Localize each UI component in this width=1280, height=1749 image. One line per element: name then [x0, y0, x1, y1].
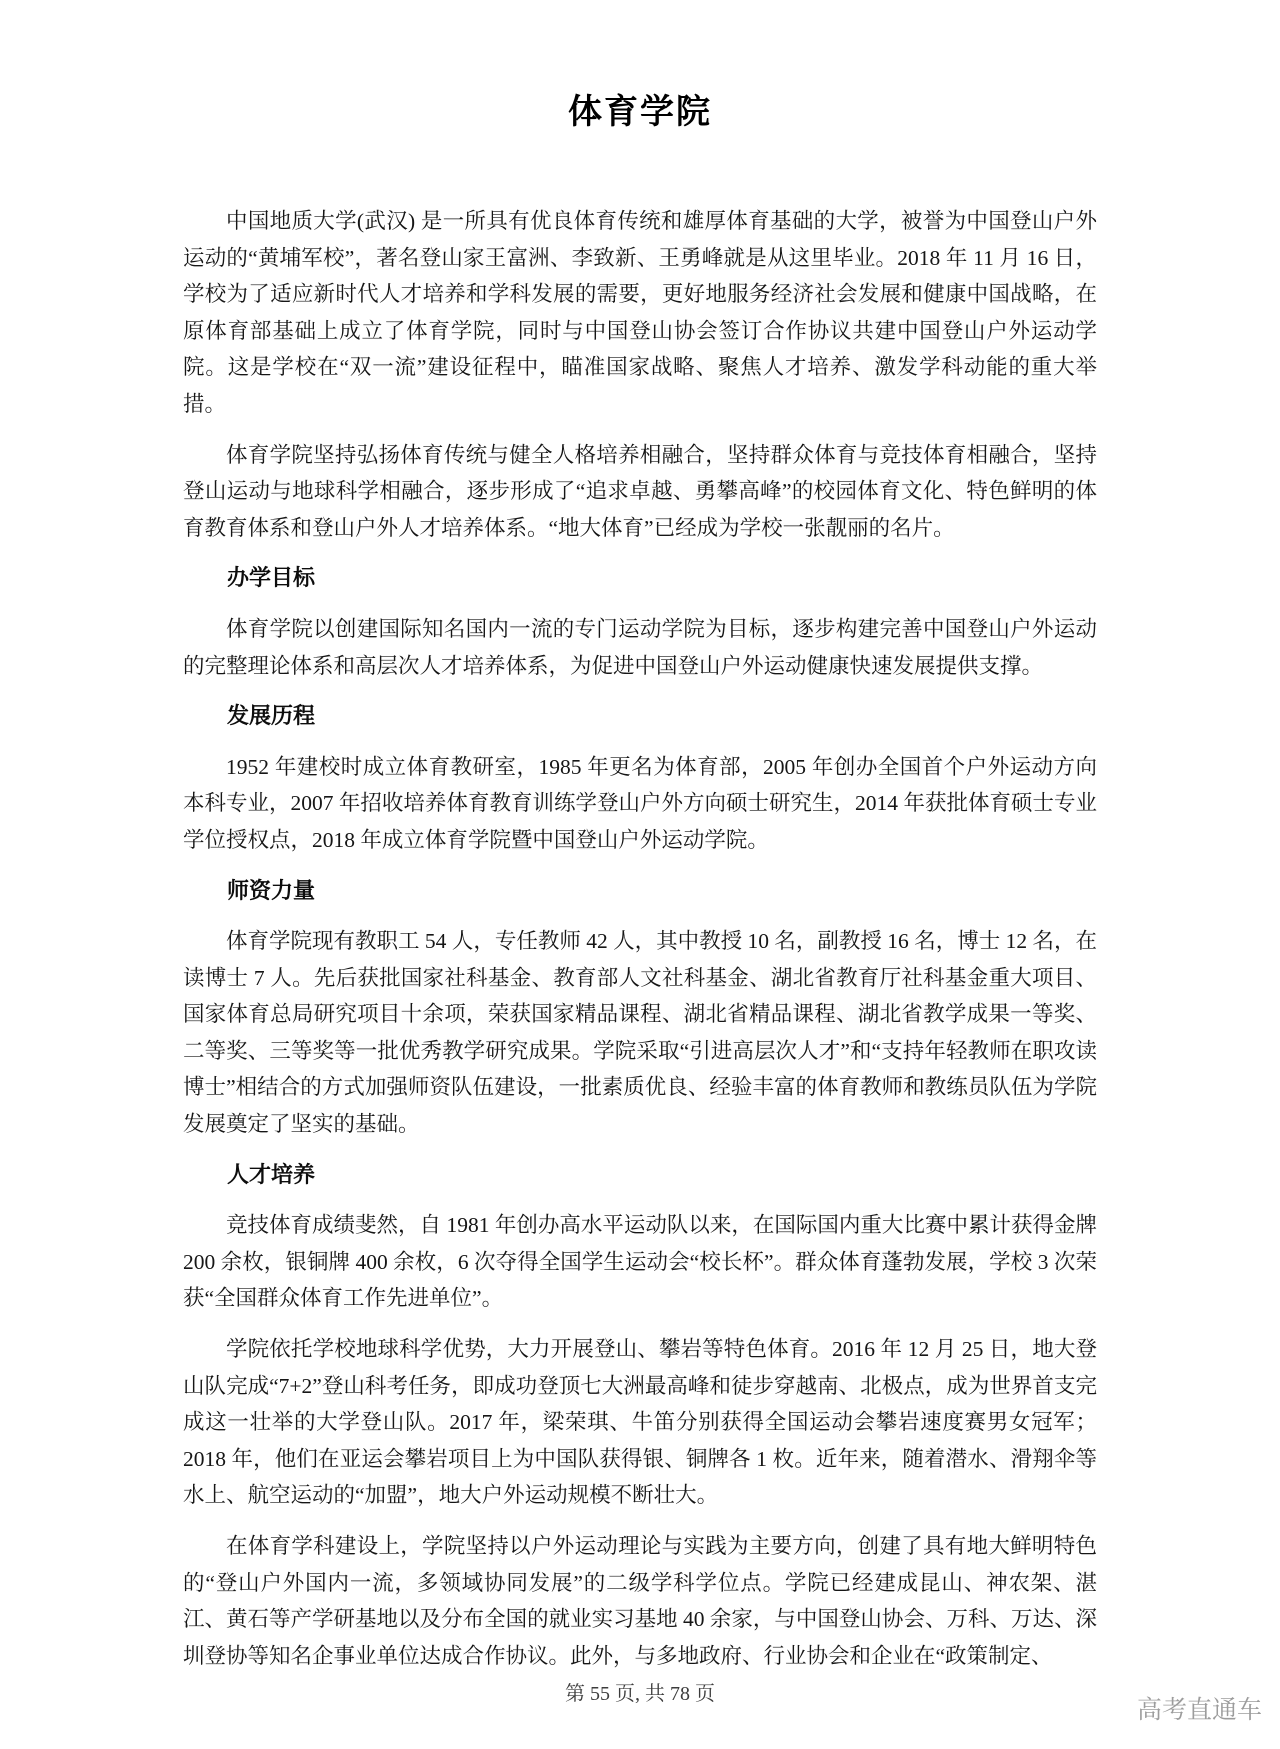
section-faculty-paragraph: 体育学院现有教职工 54 人，专任教师 42 人，其中教授 10 名，副教授 1… — [183, 923, 1097, 1143]
page-indicator: 第 55 页, 共 78 页 — [565, 1683, 715, 1705]
intro-paragraph-1: 中国地质大学(武汉) 是一所具有优良体育传统和雄厚体育基础的大学，被誉为中国登山… — [183, 203, 1097, 423]
document-page: 体育学院 中国地质大学(武汉) 是一所具有优良体育传统和雄厚体育基础的大学，被誉… — [0, 0, 1280, 1749]
section-heading-faculty-strength: 师资力量 — [183, 873, 1097, 910]
section-heading-school-goal: 办学目标 — [183, 560, 1097, 597]
section-goal-paragraph: 体育学院以创建国际知名国内一流的专门运动学院为目标，逐步构建完善中国登山户外运动… — [183, 611, 1097, 684]
section-history-paragraph: 1952 年建校时成立体育教研室，1985 年更名为体育部，2005 年创办全国… — [183, 749, 1097, 859]
footer: 第 55 页, 共 78 页 — [0, 1680, 1280, 1708]
intro-paragraph-2: 体育学院坚持弘扬体育传统与健全人格培养相融合，坚持群众体育与竞技体育相融合，坚持… — [183, 437, 1097, 547]
page-title: 体育学院 — [183, 90, 1097, 134]
section-heading-talent-cultivation: 人才培养 — [183, 1157, 1097, 1194]
section-talent-paragraph-3: 在体育学科建设上，学院坚持以户外运动理论与实践为主要方向，创建了具有地大鲜明特色… — [183, 1528, 1097, 1674]
text-column: 体育学院 中国地质大学(武汉) 是一所具有优良体育传统和雄厚体育基础的大学，被誉… — [183, 0, 1097, 1674]
section-heading-development-history: 发展历程 — [183, 698, 1097, 735]
watermark: 高考直通车 — [1137, 1695, 1262, 1725]
section-talent-paragraph-1: 竞技体育成绩斐然，自 1981 年创办高水平运动队以来，在国际国内重大比赛中累计… — [183, 1207, 1097, 1317]
section-talent-paragraph-2: 学院依托学校地球科学优势，大力开展登山、攀岩等特色体育。2016 年 12 月 … — [183, 1331, 1097, 1514]
